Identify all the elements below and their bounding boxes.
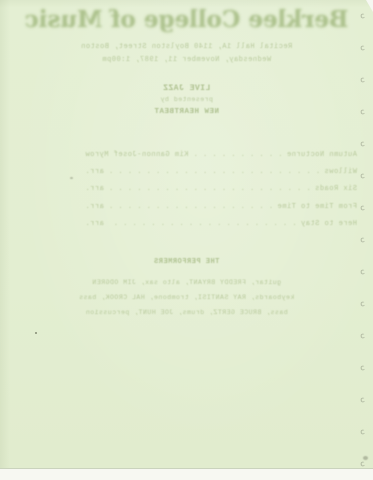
performer-line: keyboards, RAY SANTISI, trombone, HAL CR… (0, 294, 373, 309)
dot-leader: . . . . . . . . . . . . . . . . . . . . … (108, 185, 311, 193)
program-row: Six Roads. . . . . . . . . . . . . . . .… (85, 185, 357, 202)
composer-credit: arr. (85, 203, 104, 211)
presented-by-label: presented by (0, 96, 373, 103)
performers-list: guitar, FREDDY BRYANT, alto sax, JIM ODG… (0, 279, 373, 324)
paper-sheet: Berklee College of Music Recital Hall 1A… (0, 0, 373, 468)
edge-smudge (363, 456, 368, 460)
song-title: Six Roads (315, 185, 357, 193)
song-title: Here to Stay (301, 220, 357, 228)
scanned-page: Berklee College of Music Recital Hall 1A… (0, 0, 373, 480)
dot-leader: . . . . . . . . . . . . . . . . . . . . … (108, 220, 297, 228)
composer-credit: arr. (85, 220, 104, 228)
smudge-mark (70, 177, 73, 179)
scanner-background-strip (0, 468, 373, 480)
composer-credit: Kim Gannon-Josef Myrow (85, 151, 188, 159)
ink-speck (35, 332, 37, 334)
bleed-through-content: Berklee College of Music Recital Hall 1A… (0, 0, 373, 468)
date-line: Wednesday, November 11, 1987, 1:00pm (0, 56, 373, 64)
berklee-logo-text: Berklee College of Music (0, 6, 373, 33)
dot-leader: . . . . . . . . . . . . . . . . . . . . … (108, 203, 273, 211)
dot-leader: . . . . . . . . . . . . . . . . . . . . … (108, 168, 320, 176)
performers-heading: THE PERFORMERS (0, 258, 373, 266)
venue-line: Recital Hall 1A, 1140 Boylston Street, B… (0, 43, 373, 51)
dot-leader: . . . . . . . . . . . . . . . . . . . . … (192, 151, 282, 159)
event-title: LIVE JAZZ (0, 84, 373, 93)
program-list: Autumn Nocturne. . . . . . . . . . . . .… (85, 151, 357, 237)
program-row: Willows. . . . . . . . . . . . . . . . .… (85, 168, 357, 185)
song-title: Autumn Nocturne (286, 151, 357, 159)
composer-credit: arr. (85, 168, 104, 176)
group-name: NEW HEARTBEAT (0, 108, 373, 116)
composer-credit: arr. (85, 185, 104, 193)
program-row: From Time to Time. . . . . . . . . . . .… (85, 203, 357, 220)
performer-line: bass, BRUCE GERTZ, drums, JOE HUNT, perc… (0, 309, 373, 324)
program-row: Autumn Nocturne. . . . . . . . . . . . .… (85, 151, 357, 168)
program-row: Here to Stay. . . . . . . . . . . . . . … (85, 220, 357, 237)
performer-line: guitar, FREDDY BRYANT, alto sax, JIM ODG… (0, 279, 373, 294)
scanner-corner-notch (366, 0, 373, 12)
song-title: From Time to Time (277, 203, 357, 211)
song-title: Willows (324, 168, 357, 176)
